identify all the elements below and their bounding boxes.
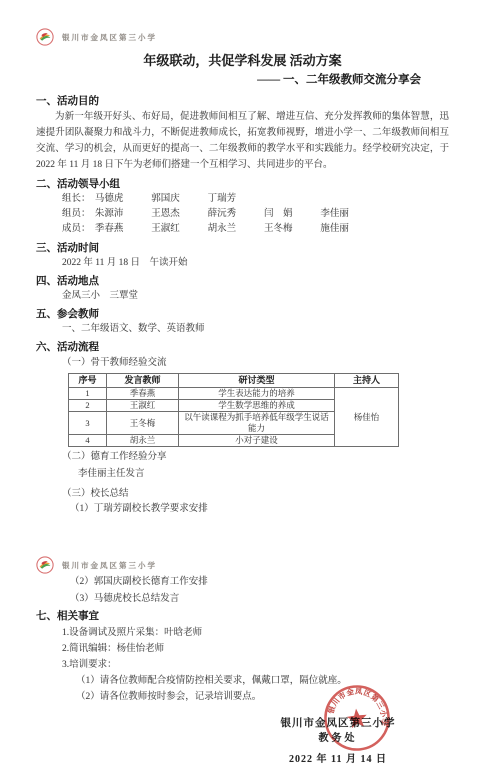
- leader-name: 朱源沛: [95, 207, 125, 222]
- section-heading-matters: 七、相关事宜: [36, 610, 449, 624]
- table-header-row: 序号 发言教师 研讨类型 主持人: [69, 374, 399, 388]
- leader-role-label: 组长：: [62, 194, 91, 204]
- section-heading-time: 三、活动时间: [36, 242, 449, 256]
- signature-block: 银川市金凤区第三小学 教务处 2022 年 11 月 14 日: [253, 716, 423, 767]
- process-part2-label: （二）德育工作经验分享: [62, 451, 449, 464]
- table-cell-topic: 学生数学思维的养成: [179, 400, 335, 412]
- table-cell-host: 杨佳怡: [335, 388, 399, 447]
- process-part1-label: （一）骨干教师经验交流: [62, 357, 449, 370]
- leader-row-chief: 组长： 马德虎 郭国庆 丁瑞芳: [62, 192, 449, 207]
- document-page: 银川市金凤区第三小学 年级联动，共促学科发展 活动方案 —— 一、二年级教师交流…: [0, 0, 485, 769]
- table-header-cell: 主持人: [335, 374, 399, 388]
- school-name: 银川市金凤区第三小学: [62, 32, 157, 43]
- doc-title: 年级联动，共促学科发展 活动方案: [36, 52, 449, 69]
- table-header-cell: 研讨类型: [179, 374, 335, 388]
- section-heading-purpose: 一、活动目的: [36, 95, 449, 109]
- table-cell-topic: 以午读课程为抓手培养低年级学生说话能力: [179, 412, 335, 435]
- table-cell-topic: 学生表达能力的培养: [179, 388, 335, 400]
- matters-subitem: （1）请各位教师配合疫情防控相关要求，佩戴口罩，隔位就座。: [76, 675, 449, 688]
- table-cell-speaker: 王冬梅: [107, 412, 179, 435]
- section-heading-leaders: 二、活动领导小组: [36, 178, 449, 192]
- matters-subitem: （2）请各位教师按时参会，记录培训要点。: [76, 691, 449, 704]
- document-body: 银川市金凤区第三小学 年级联动，共促学科发展 活动方案 —— 一、二年级教师交流…: [0, 0, 485, 767]
- table-cell-speaker: 胡永兰: [107, 435, 179, 447]
- process-part3-item: （2）郭国庆副校长德育工作安排: [70, 576, 449, 589]
- leader-name: 王恩杰: [151, 207, 181, 222]
- school-logo-icon: [36, 556, 54, 574]
- table-header-cell: 发言教师: [107, 374, 179, 388]
- place-value: 金凤三小 三覃堂: [62, 289, 449, 303]
- page-break-gap: [36, 516, 449, 556]
- process-part3-item: （1）丁瑞芳副校长教学要求安排: [70, 503, 449, 516]
- page-header-1: 银川市金凤区第三小学: [36, 28, 449, 46]
- leader-row-members2: 成员： 季春燕 王淑红 胡永兰 王冬梅 施佳丽: [62, 222, 449, 237]
- page-header-2: 银川市金凤区第三小学: [36, 556, 449, 574]
- school-logo-icon: [36, 28, 54, 46]
- leader-name: 丁瑞芳: [208, 192, 238, 207]
- leader-name: 季春燕: [95, 222, 125, 237]
- matters-item: 3.培训要求：: [62, 659, 449, 672]
- leader-name: 郭国庆: [151, 192, 181, 207]
- leader-role-label: 组员：: [62, 209, 91, 219]
- table-header-cell: 序号: [69, 374, 107, 388]
- leader-name: 王淑红: [151, 222, 181, 237]
- leader-role-label: 成员：: [62, 224, 91, 234]
- leader-name: 王冬梅: [264, 222, 294, 237]
- process-part3-label: （三）校长总结: [62, 488, 449, 501]
- purpose-paragraph: 为新一年级开好头、布好局，促进教师间相互了解、增进互信、充分发挥教师的集体智慧，…: [36, 109, 449, 173]
- footer-school-name: 银川市金凤区第三小学: [253, 716, 423, 731]
- table-cell-index: 3: [69, 412, 107, 435]
- footer-office-name: 教务处: [253, 731, 423, 747]
- table-cell-index: 1: [69, 388, 107, 400]
- table-cell-topic: 小对子建设: [179, 435, 335, 447]
- table-cell-index: 4: [69, 435, 107, 447]
- table-cell-index: 2: [69, 400, 107, 412]
- leader-name: 李佳丽: [320, 207, 350, 222]
- process-part2-body: 李佳丽主任发言: [78, 468, 449, 481]
- doc-subtitle: —— 一、二年级教师交流分享会: [36, 73, 449, 88]
- leader-name: 胡永兰: [208, 222, 238, 237]
- table-cell-speaker: 季春燕: [107, 388, 179, 400]
- leader-row-members1: 组员： 朱源沛 王恩杰 薛沅秀 闫 娟 李佳丽: [62, 207, 449, 222]
- leader-name: 薛沅秀: [208, 207, 238, 222]
- footer-date: 2022 年 11 月 14 日: [253, 753, 423, 767]
- leader-name: 施佳丽: [320, 222, 350, 237]
- leader-name: 马德虎: [95, 192, 125, 207]
- process-part3-item: （3）马德虎校长总结发言: [70, 593, 449, 606]
- section-heading-attendees: 五、参会教师: [36, 308, 449, 322]
- matters-item: 2.简讯编辑：杨佳怡老师: [62, 643, 449, 656]
- section-heading-process: 六、活动流程: [36, 341, 449, 355]
- section-heading-place: 四、活动地点: [36, 275, 449, 289]
- table-row: 1 季春燕 学生表达能力的培养 杨佳怡: [69, 388, 399, 400]
- time-value: 2022 年 11 月 18 日 午读开始: [62, 256, 449, 270]
- table-cell-speaker: 王淑红: [107, 400, 179, 412]
- attendees-value: 一、二年级语文、数学、英语教师: [62, 322, 449, 336]
- school-name: 银川市金凤区第三小学: [62, 560, 157, 571]
- speaker-table: 序号 发言教师 研讨类型 主持人 1 季春燕 学生表达能力的培养 杨佳怡 2 王…: [68, 373, 399, 447]
- matters-item: 1.设备调试及照片采集：叶晗老师: [62, 627, 449, 640]
- leader-name: 闫 娟: [264, 207, 294, 222]
